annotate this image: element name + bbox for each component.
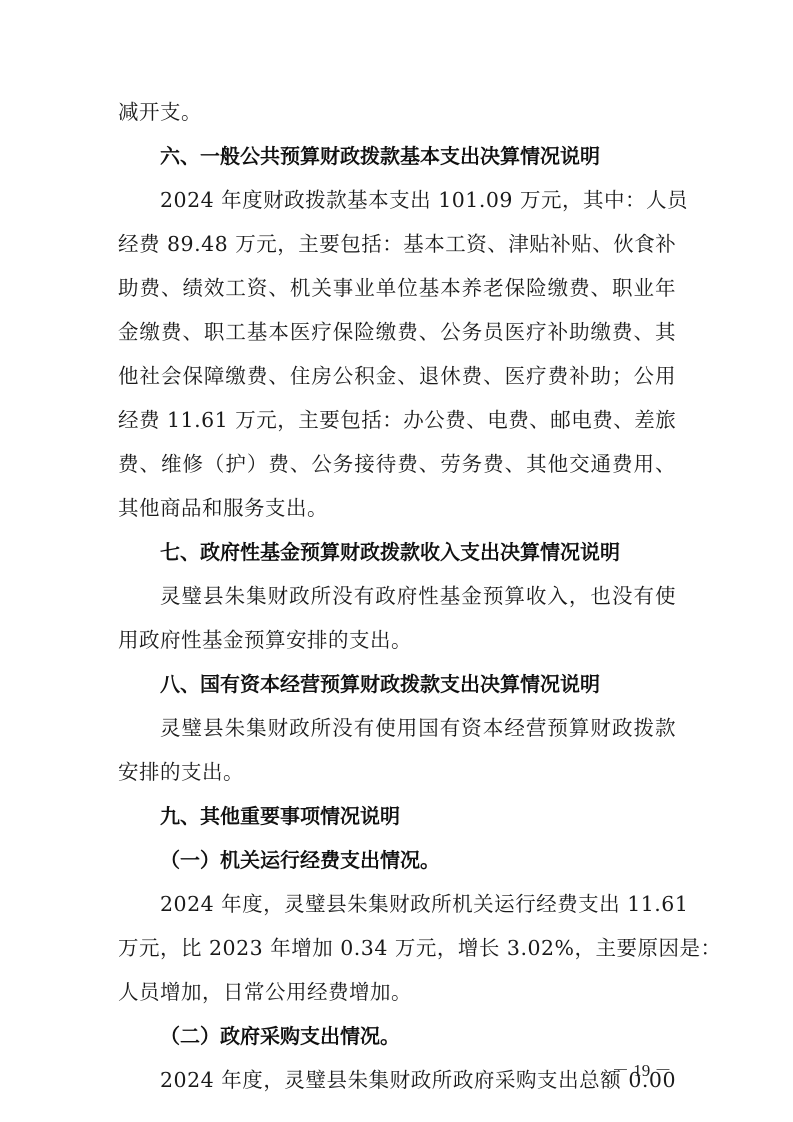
paragraph-line: 2024 年度，灵璧县朱集财政所政府采购支出总额 0.00 <box>160 1066 676 1094</box>
section-heading-6: 六、一般公共预算财政拨款基本支出决算情况说明 <box>160 142 600 170</box>
paragraph-line: 金缴费、职工基本医疗保险缴费、公务员医疗补助缴费、其 <box>118 318 676 346</box>
paragraph-line: 经费 11.61 万元，主要包括：办公费、电费、邮电费、差旅 <box>118 406 676 434</box>
paragraph-line: 用政府性基金预算安排的支出。 <box>118 626 676 654</box>
section-heading-9: 九、其他重要事项情况说明 <box>160 802 400 830</box>
paragraph-line: 2024 年度财政拨款基本支出 101.09 万元，其中：人员 <box>160 186 676 214</box>
paragraph-line: 减开支。 <box>118 98 676 126</box>
paragraph-line: 他社会保障缴费、住房公积金、退休费、医疗费补助；公用 <box>118 362 676 390</box>
subsection-heading-1: （一）机关运行经费支出情况。 <box>160 846 440 874</box>
paragraph-line: 费、维修（护）费、公务接待费、劳务费、其他交通费用、 <box>118 450 676 478</box>
paragraph-line: 灵璧县朱集财政所没有使用国有资本经营预算财政拨款 <box>160 714 676 742</box>
paragraph-line: 安排的支出。 <box>118 758 676 786</box>
paragraph-line: 灵璧县朱集财政所没有政府性基金预算收入，也没有使 <box>160 582 676 610</box>
section-heading-7: 七、政府性基金预算财政拨款收入支出决算情况说明 <box>160 538 620 566</box>
paragraph-line: 其他商品和服务支出。 <box>118 494 676 522</box>
page-number: － 19 － <box>612 1060 672 1082</box>
section-heading-8: 八、国有资本经营预算财政拨款支出决算情况说明 <box>160 670 600 698</box>
paragraph-line: 人员增加，日常公用经费增加。 <box>118 978 676 1006</box>
document-page: 减开支。 六、一般公共预算财政拨款基本支出决算情况说明 2024 年度财政拨款基… <box>0 0 793 1122</box>
paragraph-line: 万元，比 2023 年增加 0.34 万元，增长 3.02%，主要原因是： <box>118 934 676 962</box>
paragraph-line: 助费、绩效工资、机关事业单位基本养老保险缴费、职业年 <box>118 274 676 302</box>
paragraph-line: 经费 89.48 万元，主要包括：基本工资、津贴补贴、伙食补 <box>118 230 676 258</box>
paragraph-line: 2024 年度，灵璧县朱集财政所机关运行经费支出 11.61 <box>160 890 676 918</box>
subsection-heading-2: （二）政府采购支出情况。 <box>160 1022 400 1050</box>
